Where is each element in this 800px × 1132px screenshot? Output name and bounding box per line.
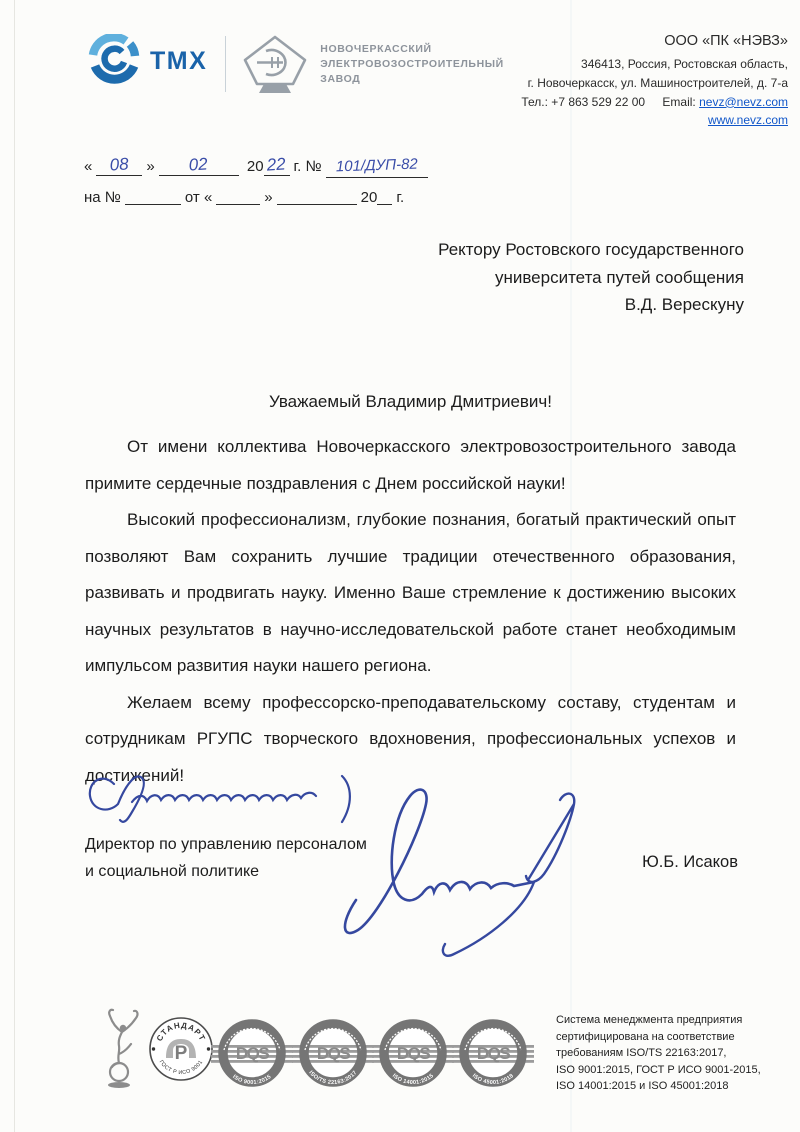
handwritten-number: 101/ДУП-82 [335,156,417,176]
nevz-name-line: ЗАВОД [320,72,504,87]
signer-title-line-2: и социальной политике [85,858,367,885]
month-field: 02 [159,159,239,176]
address-line-2: г. Новочеркасск, ул. Машиностроителей, д… [521,74,788,93]
nevz-name-line: ЭЛЕКТРОВОЗОСТРОИТЕЛЬНЫЙ [320,57,504,72]
dqs-center-mark: DQS [397,1044,431,1063]
signer-name: Ю.Б. Исаков [642,853,738,872]
year-suffix: г. № [294,158,322,175]
incoming-year-field [377,188,392,205]
cert-line: сертифицирована на соответствие [556,1029,796,1046]
handwritten-month: 02 [188,154,208,175]
scan-edge-line [14,0,15,1132]
incoming-reference-line: на №от «»20г. [84,188,432,206]
email-link[interactable]: nevz@nevz.com [699,95,788,109]
century-label: 20 [247,158,264,175]
dqs-center-mark: DQS [477,1044,511,1063]
letter-page: ТМХ НОВОЧЕРКАССКИЙ ЭЛЕКТРОВОЗОСТРОИТЕЛЬН… [0,0,800,1132]
signer-title-line-1: Директор по управлению персоналом [85,831,367,858]
paragraph-1: От имени коллектива Новочеркасского элек… [85,429,736,502]
quote-close: » [146,158,154,175]
company-name: ООО «ПК «НЭВЗ» [521,30,788,52]
tmx-logo-icon [86,34,142,86]
salutation: Уважаемый Владимир Дмитриевич! [85,392,736,412]
reference-block: «08»02 2022г. №101/ДУП-82 на №от «»20г. [84,158,432,216]
incoming-day-field [216,188,260,205]
quote-close-2: » [264,189,272,206]
g-label: г. [396,189,404,206]
standart-center-letter: Р [175,1043,188,1064]
ot-label: от « [185,189,212,206]
day-field: 08 [96,159,142,176]
website-link[interactable]: www.nevz.com [708,113,788,127]
nevz-plant-name: НОВОЧЕРКАССКИЙ ЭЛЕКТРОВОЗОСТРОИТЕЛЬНЫЙ З… [320,42,504,88]
addressee-line-1: Ректору Ростовского государственного [438,236,744,264]
standart-gost-badge: СТАНДАРТ ГОСТ Р ИСО 9001 Р [148,1016,214,1087]
dqs-badge-iso-ts-22163: ISO/TS 22163:2017 DQS [292,1018,374,1093]
letter-body: От имени коллектива Новочеркасского элек… [85,429,736,794]
dqs-center-mark: DQS [236,1044,270,1063]
statuette-icon [96,1004,142,1095]
cert-line: ISO 14001:2015 и ISO 45001:2018 [556,1078,796,1095]
header-brand: ТМХ НОВОЧЕРКАССКИЙ ЭЛЕКТРОВОЗОСТРОИТЕЛЬН… [86,34,504,96]
handwritten-day: 08 [109,154,129,175]
signature-ink [328,782,598,972]
brand-divider [225,36,226,92]
contact-block: ООО «ПК «НЭВЗ» 346413, Россия, Ростовска… [521,30,788,130]
dqs-badge-iso-9001: ISO 9001:2015 DQS [211,1018,293,1093]
century-label-2: 20 [361,189,378,206]
handwritten-year: 22 [266,154,286,175]
dqs-badge-iso-14001: ISO 14001:2015 DQS [372,1018,454,1093]
date-number-line: «08»02 2022г. №101/ДУП-82 [84,158,432,178]
addressee-line-3: В.Д. Верескуну [438,291,744,319]
incoming-month-field [277,188,357,205]
paragraph-2: Высокий профессионализм, глубокие познан… [85,502,736,685]
dqs-badge-iso-45001: ISO 45001:2018 DQS [452,1018,534,1093]
certification-text: Система менеджмента предприятия сертифиц… [556,1012,796,1095]
addressee-block: Ректору Ростовского государственного уни… [438,236,744,319]
nevz-logo-icon [242,34,308,96]
year-field: 22 [264,159,290,176]
cert-line: требованиям ISO/TS 22163:2017, [556,1045,796,1062]
dqs-center-mark: DQS [317,1044,351,1063]
cert-line: ISO 9001:2015, ГОСТ Р ИСО 9001-2015, [556,1062,796,1079]
address-line-1: 346413, Россия, Ростовская область, [521,55,788,74]
cert-line: Система менеджмента предприятия [556,1012,796,1029]
tmx-wordmark: ТМХ [150,47,207,76]
phone-email-line: Тел.: +7 863 529 22 00 Email: nevz@nevz.… [521,93,788,112]
email-label: Email: [662,95,695,109]
nevz-name-line: НОВОЧЕРКАССКИЙ [320,42,504,57]
quote-open: « [84,158,92,175]
signer-title: Директор по управлению персоналом и соци… [85,831,367,885]
na-no-label: на № [84,189,121,206]
number-field: 101/ДУП-82 [326,161,428,178]
phone-number: Тел.: +7 863 529 22 00 [521,95,645,109]
incoming-number-field [125,188,181,205]
addressee-line-2: университета путей сообщения [438,264,744,292]
